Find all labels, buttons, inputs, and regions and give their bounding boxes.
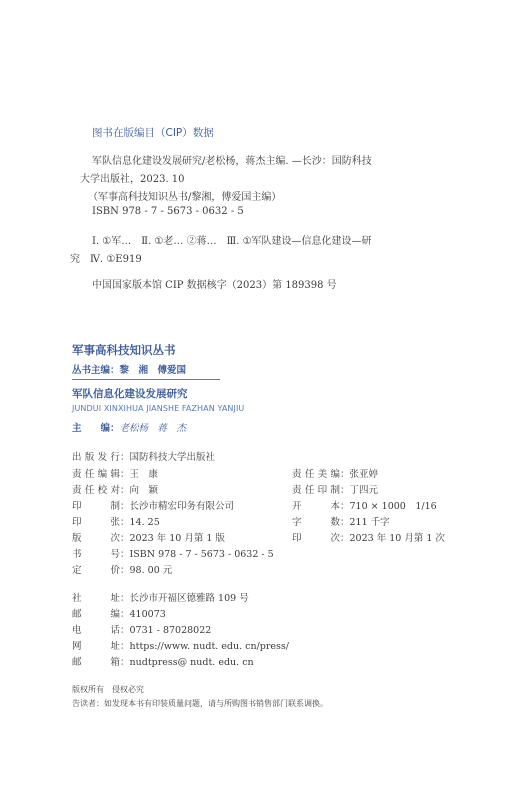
pub-key: 字 数 xyxy=(292,514,340,528)
contact-value: 410073 xyxy=(130,609,166,620)
divider xyxy=(72,379,220,380)
pub-value: ISBN 978 - 7 - 5673 - 0632 - 5 xyxy=(130,549,274,560)
contact-value[interactable]: https://www. nudt. edu. cn/press/ xyxy=(130,641,290,652)
cip-line: 大学出版社，2023. 10 xyxy=(80,170,185,185)
pub-row: 版 次：2023 年 10 月第 1 版 xyxy=(72,530,225,544)
book-editors: 主 编：老松杨 蒋 杰 xyxy=(72,420,186,434)
book-title: 军队信息化建设发展研究 xyxy=(72,386,188,401)
pub-key: 定 价 xyxy=(72,562,120,576)
pub-value: 国防科技大学出版社 xyxy=(130,452,216,463)
pub-value: 211 千字 xyxy=(350,517,390,528)
cip-heading: 图书在版编目（CIP）数据 xyxy=(92,125,214,140)
pub-key: 责任编辑 xyxy=(72,466,120,480)
contact-row: 邮 编：410073 xyxy=(72,606,166,620)
pub-row: 印 制：长沙市精宏印务有限公司 xyxy=(72,498,234,512)
cip-classification: Ⅰ. ①军… Ⅱ. ①老… ②蒋… Ⅲ. ①军队建设—信息化建设—研 xyxy=(92,232,372,247)
cip-isbn: ISBN 978 - 7 - 5673 - 0632 - 5 xyxy=(92,206,244,217)
pub-row: 印 次：2023 年 10 月第 1 次 xyxy=(292,530,445,544)
contact-row: 网 址：https://www. nudt. edu. cn/press/ xyxy=(72,638,289,652)
pub-key: 书 号 xyxy=(72,546,120,560)
editor-names: 老松杨 蒋 杰 xyxy=(120,423,187,434)
copyright-notice: 版权所有 侵权必究 xyxy=(72,684,144,695)
pub-row: 责任校对：向 颖 xyxy=(72,482,158,496)
cip-line: （军事高科技知识丛书/黎湘，傅爱国主编） xyxy=(88,188,281,203)
pub-row: 字 数：211 千字 xyxy=(292,514,390,528)
pub-key: 出版发行 xyxy=(72,449,120,463)
pub-row: 开 本：710 × 1000 1/16 xyxy=(292,498,437,512)
pub-value: 710 × 1000 1/16 xyxy=(350,501,437,512)
pub-row: 定 价：98. 00 元 xyxy=(72,562,172,576)
contact-key: 社 址 xyxy=(72,590,120,604)
reader-notice: 告读者：如发现本书有印装质量问题，请与所购图书销售部门联系调换。 xyxy=(72,698,328,709)
pub-key: 开 本 xyxy=(292,498,340,512)
pub-value: 向 颖 xyxy=(130,485,159,496)
contact-value: 长沙市开福区德雅路 109 号 xyxy=(130,593,249,604)
pub-row: 出版发行：国防科技大学出版社 xyxy=(72,449,215,463)
pub-key: 印 制 xyxy=(72,498,120,512)
series-title: 军事高科技知识丛书 xyxy=(72,342,176,358)
pub-key: 版 次 xyxy=(72,530,120,544)
contact-value[interactable]: nudtpress@ nudt. edu. cn xyxy=(130,657,254,668)
series-editors: 丛书主编：黎 湘 傅爱国 xyxy=(72,362,186,376)
cip-number: 中国国家版本馆 CIP 数据核字（2023）第 189398 号 xyxy=(92,276,337,291)
contact-key: 电 话 xyxy=(72,622,120,636)
pub-value: 2023 年 10 月第 1 次 xyxy=(350,533,445,544)
pub-value: 王 康 xyxy=(130,469,159,480)
pub-value: 丁四元 xyxy=(350,485,379,496)
pub-value: 98. 00 元 xyxy=(130,565,173,576)
pub-value: 2023 年 10 月第 1 版 xyxy=(130,533,225,544)
contact-row: 电 话：0731 - 87028022 xyxy=(72,622,211,636)
pub-key: 责任校对 xyxy=(72,482,120,496)
pub-key: 印 次 xyxy=(292,530,340,544)
pub-row: 责任编辑：王 康 xyxy=(72,466,158,480)
contact-key: 邮 编 xyxy=(72,606,120,620)
contact-row: 社 址：长沙市开福区德雅路 109 号 xyxy=(72,590,249,604)
pub-row: 责任美编：张亚婷 xyxy=(292,466,378,480)
contact-key: 邮 箱 xyxy=(72,654,120,668)
pub-key: 责任美编 xyxy=(292,466,340,480)
contact-row: 邮 箱：nudtpress@ nudt. edu. cn xyxy=(72,654,254,668)
pub-key: 责任印制 xyxy=(292,482,340,496)
pub-row: 印 张：14. 25 xyxy=(72,514,160,528)
pub-row: 责任印制：丁四元 xyxy=(292,482,378,496)
contact-key: 网 址 xyxy=(72,638,120,652)
cip-line: 军队信息化建设发展研究/老松杨，蒋杰主编. —长沙：国防科技 xyxy=(92,152,372,167)
cip-classification: 究 Ⅳ. ①E919 xyxy=(70,250,142,265)
pub-value: 长沙市精宏印务有限公司 xyxy=(130,501,235,512)
editor-label: 主 编： xyxy=(72,423,120,434)
book-pinyin: JUNDUI XINXIHUA JIANSHE FAZHAN YANJIU xyxy=(72,404,244,413)
pub-value: 张亚婷 xyxy=(350,469,379,480)
pub-key: 印 张 xyxy=(72,514,120,528)
contact-value: 0731 - 87028022 xyxy=(130,625,212,636)
pub-row: 书 号：ISBN 978 - 7 - 5673 - 0632 - 5 xyxy=(72,546,274,560)
pub-value: 14. 25 xyxy=(130,517,160,528)
